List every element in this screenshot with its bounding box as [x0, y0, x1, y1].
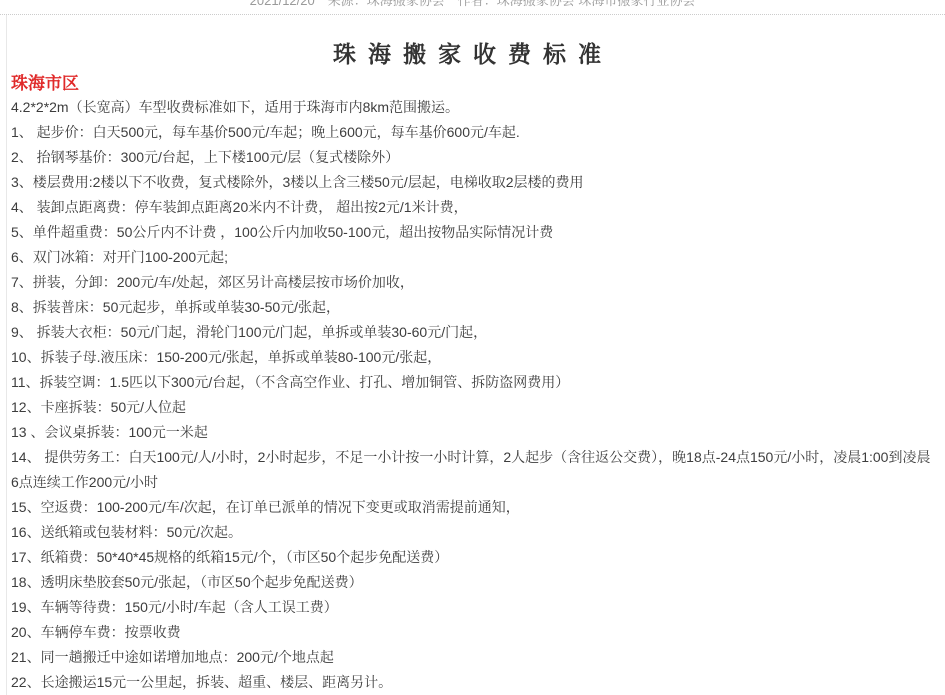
article-content: 珠海搬家收费标准 珠海市区 4.2*2*2m（长宽高）车型收费标准如下，适用于珠…: [6, 15, 945, 695]
fee-list-item: 5、单件超重费：50公斤内不计费 ，100公斤内加收50-100元，超出按物品实…: [11, 220, 935, 245]
fee-list-item: 16、送纸箱或包装材料：50元/次起。: [11, 520, 935, 545]
fee-list-item: 15、空返费：100-200元/车/次起，在订单已派单的情况下变更或取消需提前通…: [11, 495, 935, 520]
fee-list-item: 18、透明床垫胶套50元/张起，（市区50个起步免配送费）: [11, 570, 935, 595]
article-meta: 2021/12/20 来源：珠海搬家协会 作者：珠海搬家协会 珠海市搬家行业协会: [0, 0, 945, 9]
page-title: 珠海搬家收费标准: [11, 39, 935, 69]
intro-paragraph: 4.2*2*2m（长宽高）车型收费标准如下，适用于珠海市内8km范围搬运。: [11, 95, 935, 120]
section-heading: 珠海市区: [11, 73, 935, 95]
fee-list-item: 21、同一趟搬迁中途如诺增加地点：200元/个地点起: [11, 645, 935, 670]
fee-list-item: 10、拆装子母.液压床：150-200元/张起，单拆或单装80-100元/张起，: [11, 345, 935, 370]
fee-list-item: 22、长途搬运15元一公里起，拆装、超重、楼层、距离另计。: [11, 670, 935, 695]
fee-list: 1、 起步价：白天500元，每车基价500元/车起；晚上600元，每车基价600…: [11, 120, 935, 695]
fee-list-item: 19、车辆等待费：150元/小时/车起（含人工误工费）: [11, 595, 935, 620]
fee-list-item: 14、 提供劳务工：白天100元/人/小时，2小时起步，不足一小计按一小时计算，…: [11, 445, 935, 495]
fee-list-item: 17、纸箱费：50*40*45规格的纸箱15元/个，（市区50个起步免配送费）: [11, 545, 935, 570]
fee-list-item: 8、拆装普床：50元起步，单拆或单装30-50元/张起，: [11, 295, 935, 320]
fee-list-item: 4、 装卸点距离费：停车装卸点距离20米内不计费， 超出按2元/1米计费，: [11, 195, 935, 220]
fee-list-item: 7、拼装，分卸：200元/车/处起，郊区另计高楼层按市场价加收，: [11, 270, 935, 295]
fee-list-item: 3、楼层费用:2楼以下不收费，复式楼除外，3楼以上含三楼50元/层起，电梯收取2…: [11, 170, 935, 195]
fee-list-item: 20、车辆停车费：按票收费: [11, 620, 935, 645]
fee-list-item: 11、拆装空调：1.5匹以下300元/台起，（不含高空作业、打孔、增加铜管、拆防…: [11, 370, 935, 395]
fee-list-item: 12、卡座拆装：50元/人位起: [11, 395, 935, 420]
page: 2021/12/20 来源：珠海搬家协会 作者：珠海搬家协会 珠海市搬家行业协会…: [0, 0, 945, 695]
fee-list-item: 6、双门冰箱：对开门100-200元起;: [11, 245, 935, 270]
fee-list-item: 13 、会议桌拆装：100元一米起: [11, 420, 935, 445]
fee-list-item: 9、 拆装大衣柜：50元/门起，滑轮门100元/门起，单拆或单装30-60元/门…: [11, 320, 935, 345]
fee-list-item: 2、 抬钢琴基价：300元/台起，上下楼100元/层（复式楼除外）: [11, 145, 935, 170]
fee-list-item: 1、 起步价：白天500元，每车基价500元/车起；晚上600元，每车基价600…: [11, 120, 935, 145]
